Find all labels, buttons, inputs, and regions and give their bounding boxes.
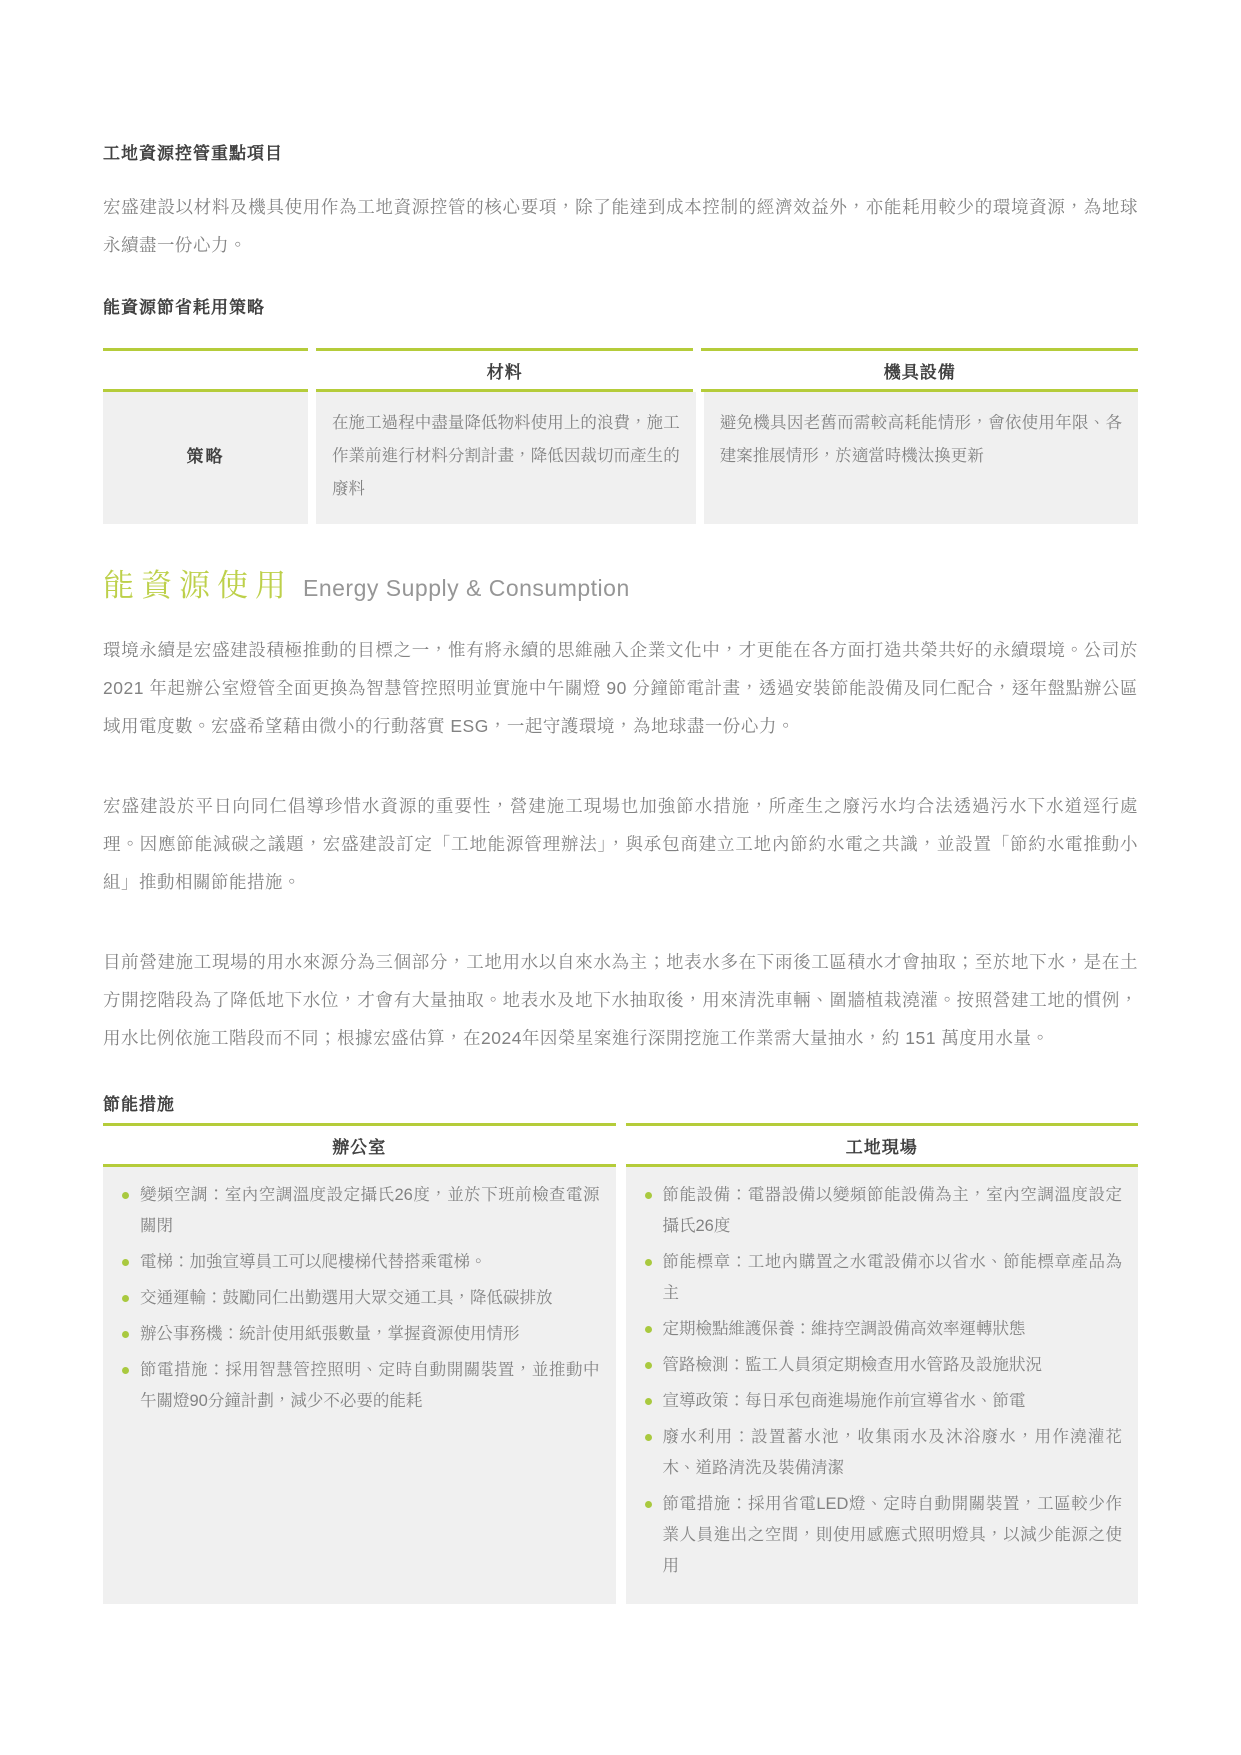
energy-paragraph-1: 環境永續是宏盛建設積極推動的目標之一，惟有將永續的思維融入企業文化中，才更能在各…: [103, 631, 1138, 745]
list-item: 變頻空調：室內空調溫度設定攝氏26度，並於下班前檢查電源關閉: [113, 1180, 600, 1242]
list-item-text: 廢水利用：設置蓄水池，收集雨水及沐浴廢水，用作澆灌花木、道路清洗及裝備清潔: [663, 1422, 1123, 1484]
measures-cell-site: 節能設備：電器設備以變頻節能設備為主，室內空調溫度設定攝氏26度 節能標章：工地…: [626, 1167, 1139, 1604]
bullet-dot-icon: [645, 1434, 652, 1441]
list-item-text: 管路檢測：監工人員須定期檢查用水管路及設施狀況: [663, 1350, 1043, 1381]
report-page: 工地資源控管重點項目 宏盛建設以材料及機具使用作為工地資源控管的核心要項，除了能…: [0, 0, 1241, 1755]
measures-heading: 節能措施: [103, 1093, 1138, 1117]
strategy-table-header-row: 材料 機具設備: [103, 348, 1138, 392]
list-item-text: 節能標章：工地內購置之水電設備亦以省水、節能標章產品為主: [663, 1247, 1123, 1309]
measures-table-header-row: 辦公室 工地現場: [103, 1123, 1138, 1167]
bullet-dot-icon: [122, 1192, 129, 1199]
bullet-dot-icon: [122, 1259, 129, 1266]
bullet-dot-icon: [645, 1259, 652, 1266]
list-item-text: 交通運輸：鼓勵同仁出勤選用大眾交通工具，降低碳排放: [140, 1283, 553, 1314]
measures-table-header-office: 辦公室: [103, 1123, 616, 1167]
bullet-dot-icon: [645, 1192, 652, 1199]
list-item: 交通運輸：鼓勵同仁出勤選用大眾交通工具，降低碳排放: [113, 1283, 600, 1314]
list-item-text: 宣導政策：每日承包商進場施作前宣導省水、節電: [663, 1386, 1026, 1417]
list-item-text: 電梯：加強宣導員工可以爬樓梯代替搭乘電梯。: [140, 1247, 487, 1278]
strategy-cell-machinery: 避免機具因老舊而需較高耗能情形，會依使用年限、各建案推展情形，於適當時機汰換更新: [704, 392, 1138, 524]
site-resource-heading: 工地資源控管重點項目: [103, 142, 1138, 166]
strategy-heading: 能資源節省耗用策略: [103, 296, 1138, 320]
bullet-dot-icon: [645, 1501, 652, 1508]
measures-table-header-site: 工地現場: [626, 1123, 1139, 1167]
list-item-text: 辦公事務機：統計使用紙張數量，掌握資源使用情形: [140, 1319, 520, 1350]
list-item-text: 節能設備：電器設備以變頻節能設備為主，室內空調溫度設定攝氏26度: [663, 1180, 1123, 1242]
list-item-text: 節電措施：採用智慧管控照明、定時自動開關裝置，並推動中午關燈90分鐘計劃，減少不…: [140, 1355, 600, 1417]
bullet-dot-icon: [122, 1367, 129, 1374]
strategy-cell-material: 在施工過程中盡量降低物料使用上的浪費，施工作業前進行材料分割計畫，降低因裁切而產…: [316, 392, 696, 524]
list-item-text: 變頻空調：室內空調溫度設定攝氏26度，並於下班前檢查電源關閉: [140, 1180, 600, 1242]
list-item: 節電措施：採用智慧管控照明、定時自動開關裝置，並推動中午關燈90分鐘計劃，減少不…: [113, 1355, 600, 1417]
measures-cell-office: 變頻空調：室內空調溫度設定攝氏26度，並於下班前檢查電源關閉 電梯：加強宣導員工…: [103, 1167, 616, 1604]
list-item-text: 定期檢點維護保養：維持空調設備高效率運轉狀態: [663, 1314, 1026, 1345]
list-item: 節能設備：電器設備以變頻節能設備為主，室內空調溫度設定攝氏26度: [636, 1180, 1123, 1242]
strategy-row-label: 策略: [103, 392, 308, 524]
bullet-dot-icon: [645, 1362, 652, 1369]
list-item-text: 節電措施：採用省電LED燈、定時自動開關裝置，工區較少作業人員進出之空間，則使用…: [663, 1489, 1123, 1582]
strategy-table-corner-cell: [103, 348, 308, 392]
energy-section-title-zh: 能資源使用: [103, 560, 293, 605]
strategy-table-header-machinery: 機具設備: [701, 348, 1138, 392]
office-measures-list: 變頻空調：室內空調溫度設定攝氏26度，並於下班前檢查電源關閉 電梯：加強宣導員工…: [113, 1180, 600, 1417]
list-item: 電梯：加強宣導員工可以爬樓梯代替搭乘電梯。: [113, 1247, 600, 1278]
list-item: 節能標章：工地內購置之水電設備亦以省水、節能標章產品為主: [636, 1247, 1123, 1309]
strategy-table-body-row: 策略 在施工過程中盡量降低物料使用上的浪費，施工作業前進行材料分割計畫，降低因裁…: [103, 392, 1138, 524]
bullet-dot-icon: [122, 1295, 129, 1302]
list-item: 節電措施：採用省電LED燈、定時自動開關裝置，工區較少作業人員進出之空間，則使用…: [636, 1489, 1123, 1582]
measures-table: 辦公室 工地現場 變頻空調：室內空調溫度設定攝氏26度，並於下班前檢查電源關閉 …: [103, 1123, 1138, 1604]
energy-section-title-en: Energy Supply & Consumption: [303, 575, 630, 602]
energy-section-title: 能資源使用 Energy Supply & Consumption: [103, 560, 1138, 605]
list-item: 廢水利用：設置蓄水池，收集雨水及沐浴廢水，用作澆灌花木、道路清洗及裝備清潔: [636, 1422, 1123, 1484]
bullet-dot-icon: [645, 1326, 652, 1333]
strategy-table: 材料 機具設備 策略 在施工過程中盡量降低物料使用上的浪費，施工作業前進行材料分…: [103, 348, 1138, 524]
energy-paragraph-3: 目前營建施工現場的用水來源分為三個部分，工地用水以自來水為主；地表水多在下雨後工…: [103, 943, 1138, 1057]
bullet-dot-icon: [645, 1398, 652, 1405]
list-item: 管路檢測：監工人員須定期檢查用水管路及設施狀況: [636, 1350, 1123, 1381]
list-item: 定期檢點維護保養：維持空調設備高效率運轉狀態: [636, 1314, 1123, 1345]
list-item: 辦公事務機：統計使用紙張數量，掌握資源使用情形: [113, 1319, 600, 1350]
site-resource-paragraph: 宏盛建設以材料及機具使用作為工地資源控管的核心要項，除了能達到成本控制的經濟效益…: [103, 188, 1138, 264]
site-measures-list: 節能設備：電器設備以變頻節能設備為主，室內空調溫度設定攝氏26度 節能標章：工地…: [636, 1180, 1123, 1582]
bullet-dot-icon: [122, 1331, 129, 1338]
measures-table-body-row: 變頻空調：室內空調溫度設定攝氏26度，並於下班前檢查電源關閉 電梯：加強宣導員工…: [103, 1167, 1138, 1604]
energy-paragraph-2: 宏盛建設於平日向同仁倡導珍惜水資源的重要性，營建施工現場也加強節水措施，所產生之…: [103, 787, 1138, 901]
strategy-table-header-material: 材料: [316, 348, 693, 392]
list-item: 宣導政策：每日承包商進場施作前宣導省水、節電: [636, 1386, 1123, 1417]
